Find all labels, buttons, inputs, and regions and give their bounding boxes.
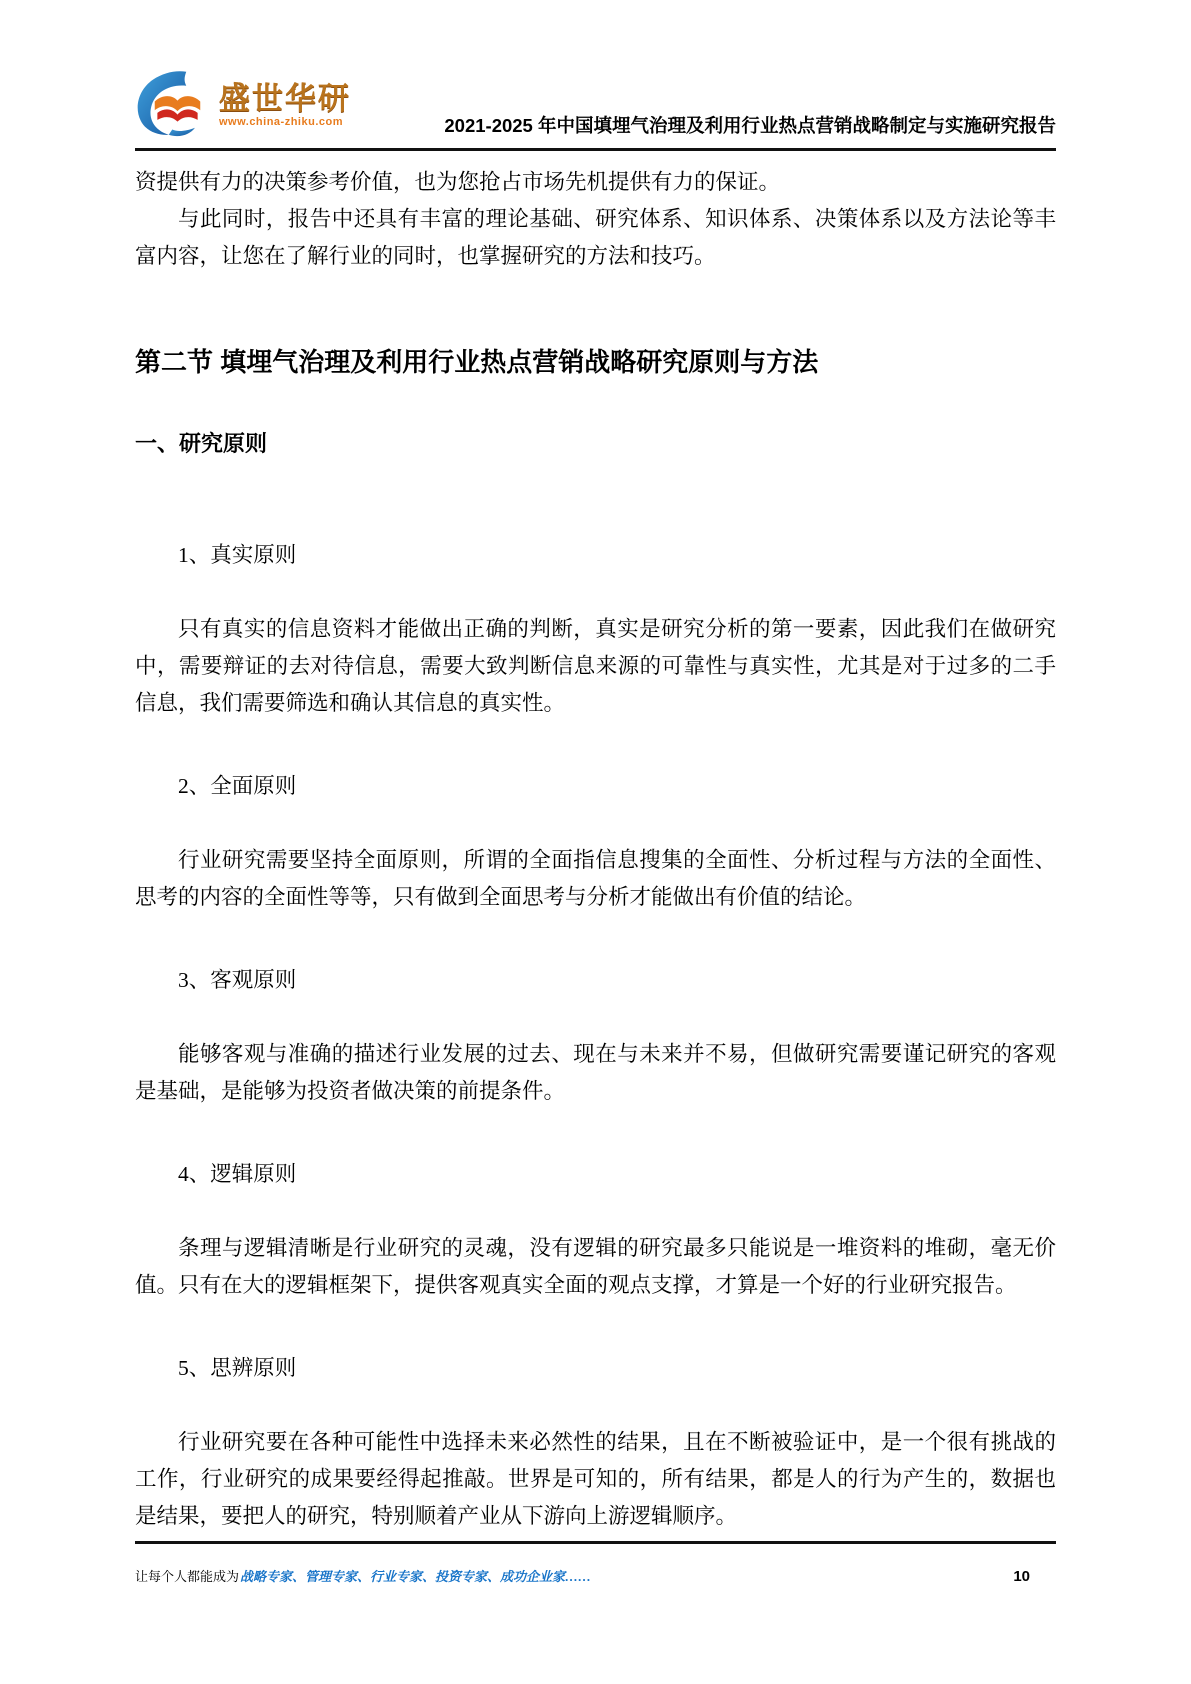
document-page: 盛世华研 www.china-zhiku.com 2021-2025 年中国填埋… bbox=[0, 0, 1191, 1684]
footer-slogan: 让每个人都能成为战略专家、管理专家、行业专家、投资专家、成功企业家…… bbox=[135, 1568, 591, 1586]
principle-body-5: 行业研究要在各种可能性中选择未来必然性的结果，且在不断被验证中，是一个很有挑战的… bbox=[135, 1424, 1056, 1535]
report-title: 2021-2025 年中国填埋气治理及利用行业热点营销战略制定与实施研究报告 bbox=[444, 114, 1056, 140]
principle-heading-3: 3、客观原则 bbox=[135, 962, 1056, 999]
section-title: 第二节 填埋气治理及利用行业热点营销战略研究原则与方法 bbox=[135, 345, 1056, 379]
principle-body-4: 条理与逻辑清晰是行业研究的灵魂，没有逻辑的研究最多只能说是一堆资料的堆砌，毫无价… bbox=[135, 1230, 1056, 1304]
principle-body-1: 只有真实的信息资料才能做出正确的判断，真实是研究分析的第一要素，因此我们在做研究… bbox=[135, 611, 1056, 722]
principle-heading-1: 1、真实原则 bbox=[135, 537, 1056, 574]
page-body: 资提供有力的决策参考价值，也为您抢占市场先机提供有力的保证。 与此同时，报告中还… bbox=[135, 164, 1056, 1535]
logo-text: 盛世华研 www.china-zhiku.com bbox=[219, 82, 351, 129]
principle-body-3: 能够客观与准确的描述行业发展的过去、现在与未来并不易，但做研究需要谨记研究的客观… bbox=[135, 1036, 1056, 1110]
intro-paragraph-1: 资提供有力的决策参考价值，也为您抢占市场先机提供有力的保证。 bbox=[135, 164, 1056, 201]
footer-slogan-prefix: 让每个人都能成为 bbox=[135, 1569, 239, 1584]
footer-slogan-highlight: 战略专家、管理专家、行业专家、投资专家、成功企业家…… bbox=[240, 1569, 591, 1584]
page-number: 10 bbox=[1013, 1568, 1056, 1585]
brand-logo: 盛世华研 www.china-zhiku.com bbox=[135, 70, 351, 140]
principle-heading-2: 2、全面原则 bbox=[135, 768, 1056, 805]
brand-name: 盛世华研 bbox=[219, 82, 351, 115]
principle-body-2: 行业研究需要坚持全面原则，所谓的全面指信息搜集的全面性、分析过程与方法的全面性、… bbox=[135, 842, 1056, 916]
brand-website: www.china-zhiku.com bbox=[219, 115, 351, 129]
page-footer: 让每个人都能成为战略专家、管理专家、行业专家、投资专家、成功企业家…… 10 bbox=[135, 1541, 1056, 1586]
principle-heading-5: 5、思辨原则 bbox=[135, 1350, 1056, 1387]
logo-book-swoosh-icon bbox=[135, 70, 213, 140]
intro-paragraph-2: 与此同时，报告中还具有丰富的理论基础、研究体系、知识体系、决策体系以及方法论等丰… bbox=[135, 201, 1056, 275]
page-header: 盛世华研 www.china-zhiku.com 2021-2025 年中国填埋… bbox=[135, 0, 1056, 151]
principle-heading-4: 4、逻辑原则 bbox=[135, 1156, 1056, 1193]
subsection-title: 一、研究原则 bbox=[135, 429, 1056, 459]
